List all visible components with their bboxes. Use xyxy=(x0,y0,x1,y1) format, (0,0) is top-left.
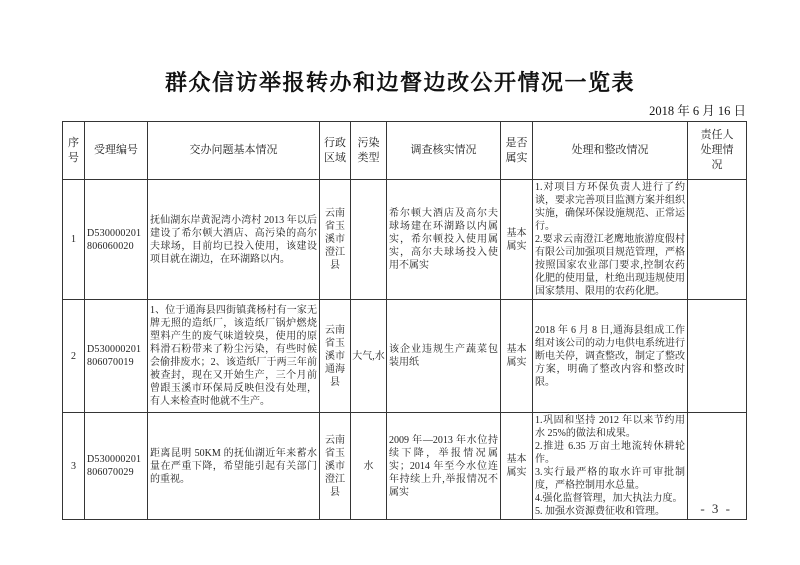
col-header-problem: 交办问题基本情况 xyxy=(148,122,320,180)
report-date: 2018 年 6 月 16 日 xyxy=(62,101,746,119)
col-header-no: 序号 xyxy=(63,122,85,180)
table-row: 1 D530000201806060020 抚仙湖东岸黄泥湾小湾村 2013 年… xyxy=(63,180,747,300)
cell-pollution xyxy=(351,180,387,300)
cell-problem: 抚仙湖东岸黄泥湾小湾村 2013 年以后建设了希尔顿大酒店、高污染的高尔夫球场，… xyxy=(148,180,320,300)
col-header-responsible: 责任人处理情况 xyxy=(688,122,747,180)
cell-case-id: D530000201806070019 xyxy=(85,300,148,413)
cell-case-id: D530000201806060020 xyxy=(85,180,148,300)
col-header-is-true: 是否属实 xyxy=(501,122,533,180)
cell-no: 1 xyxy=(63,180,85,300)
col-header-pollution: 污染类型 xyxy=(351,122,387,180)
page-number: - 3 - xyxy=(62,501,732,517)
cell-no: 2 xyxy=(63,300,85,413)
cell-is-true: 基本属实 xyxy=(501,180,533,300)
table-header-row: 序号 受理编号 交办问题基本情况 行政区域 污染类型 调查核实情况 是否属实 处… xyxy=(63,122,747,180)
cell-is-true: 基本属实 xyxy=(501,300,533,413)
cell-handling: 1.对项目方环保负责人进行了约谈，要求完善项目监测方案并组织实施，确保环保设施规… xyxy=(533,180,688,300)
cell-handling: 2018 年 6 月 8 日,通海县组成工作组对该公司的动力电供电系统进行断电关… xyxy=(533,300,688,413)
cell-responsible xyxy=(688,180,747,300)
table-row: 2 D530000201806070019 1、位于通海县四街镇龚杨村有一家无牌… xyxy=(63,300,747,413)
cell-problem: 1、位于通海县四街镇龚杨村有一家无牌无照的造纸厂，该造纸厂锅炉燃烧塑料产生的废气… xyxy=(148,300,320,413)
col-header-region: 行政区域 xyxy=(320,122,351,180)
cell-responsible xyxy=(688,300,747,413)
cell-region: 云南省玉溪市澄江县 xyxy=(320,180,351,300)
report-table: 序号 受理编号 交办问题基本情况 行政区域 污染类型 调查核实情况 是否属实 处… xyxy=(62,121,747,520)
cell-verification: 该企业违规生产蔬菜包装用纸 xyxy=(387,300,501,413)
col-header-verification: 调查核实情况 xyxy=(387,122,501,180)
col-header-handling: 处理和整改情况 xyxy=(533,122,688,180)
cell-pollution: 大气,水 xyxy=(351,300,387,413)
page-title: 群众信访举报转办和边督边改公开情况一览表 xyxy=(0,66,800,97)
cell-verification: 希尔顿大酒店及高尔夫球场建在环湖路以内属实，希尔顿投入使用属实，高尔夫球场投入使… xyxy=(387,180,501,300)
col-header-case-id: 受理编号 xyxy=(85,122,148,180)
cell-region: 云南省玉溪市通海县 xyxy=(320,300,351,413)
